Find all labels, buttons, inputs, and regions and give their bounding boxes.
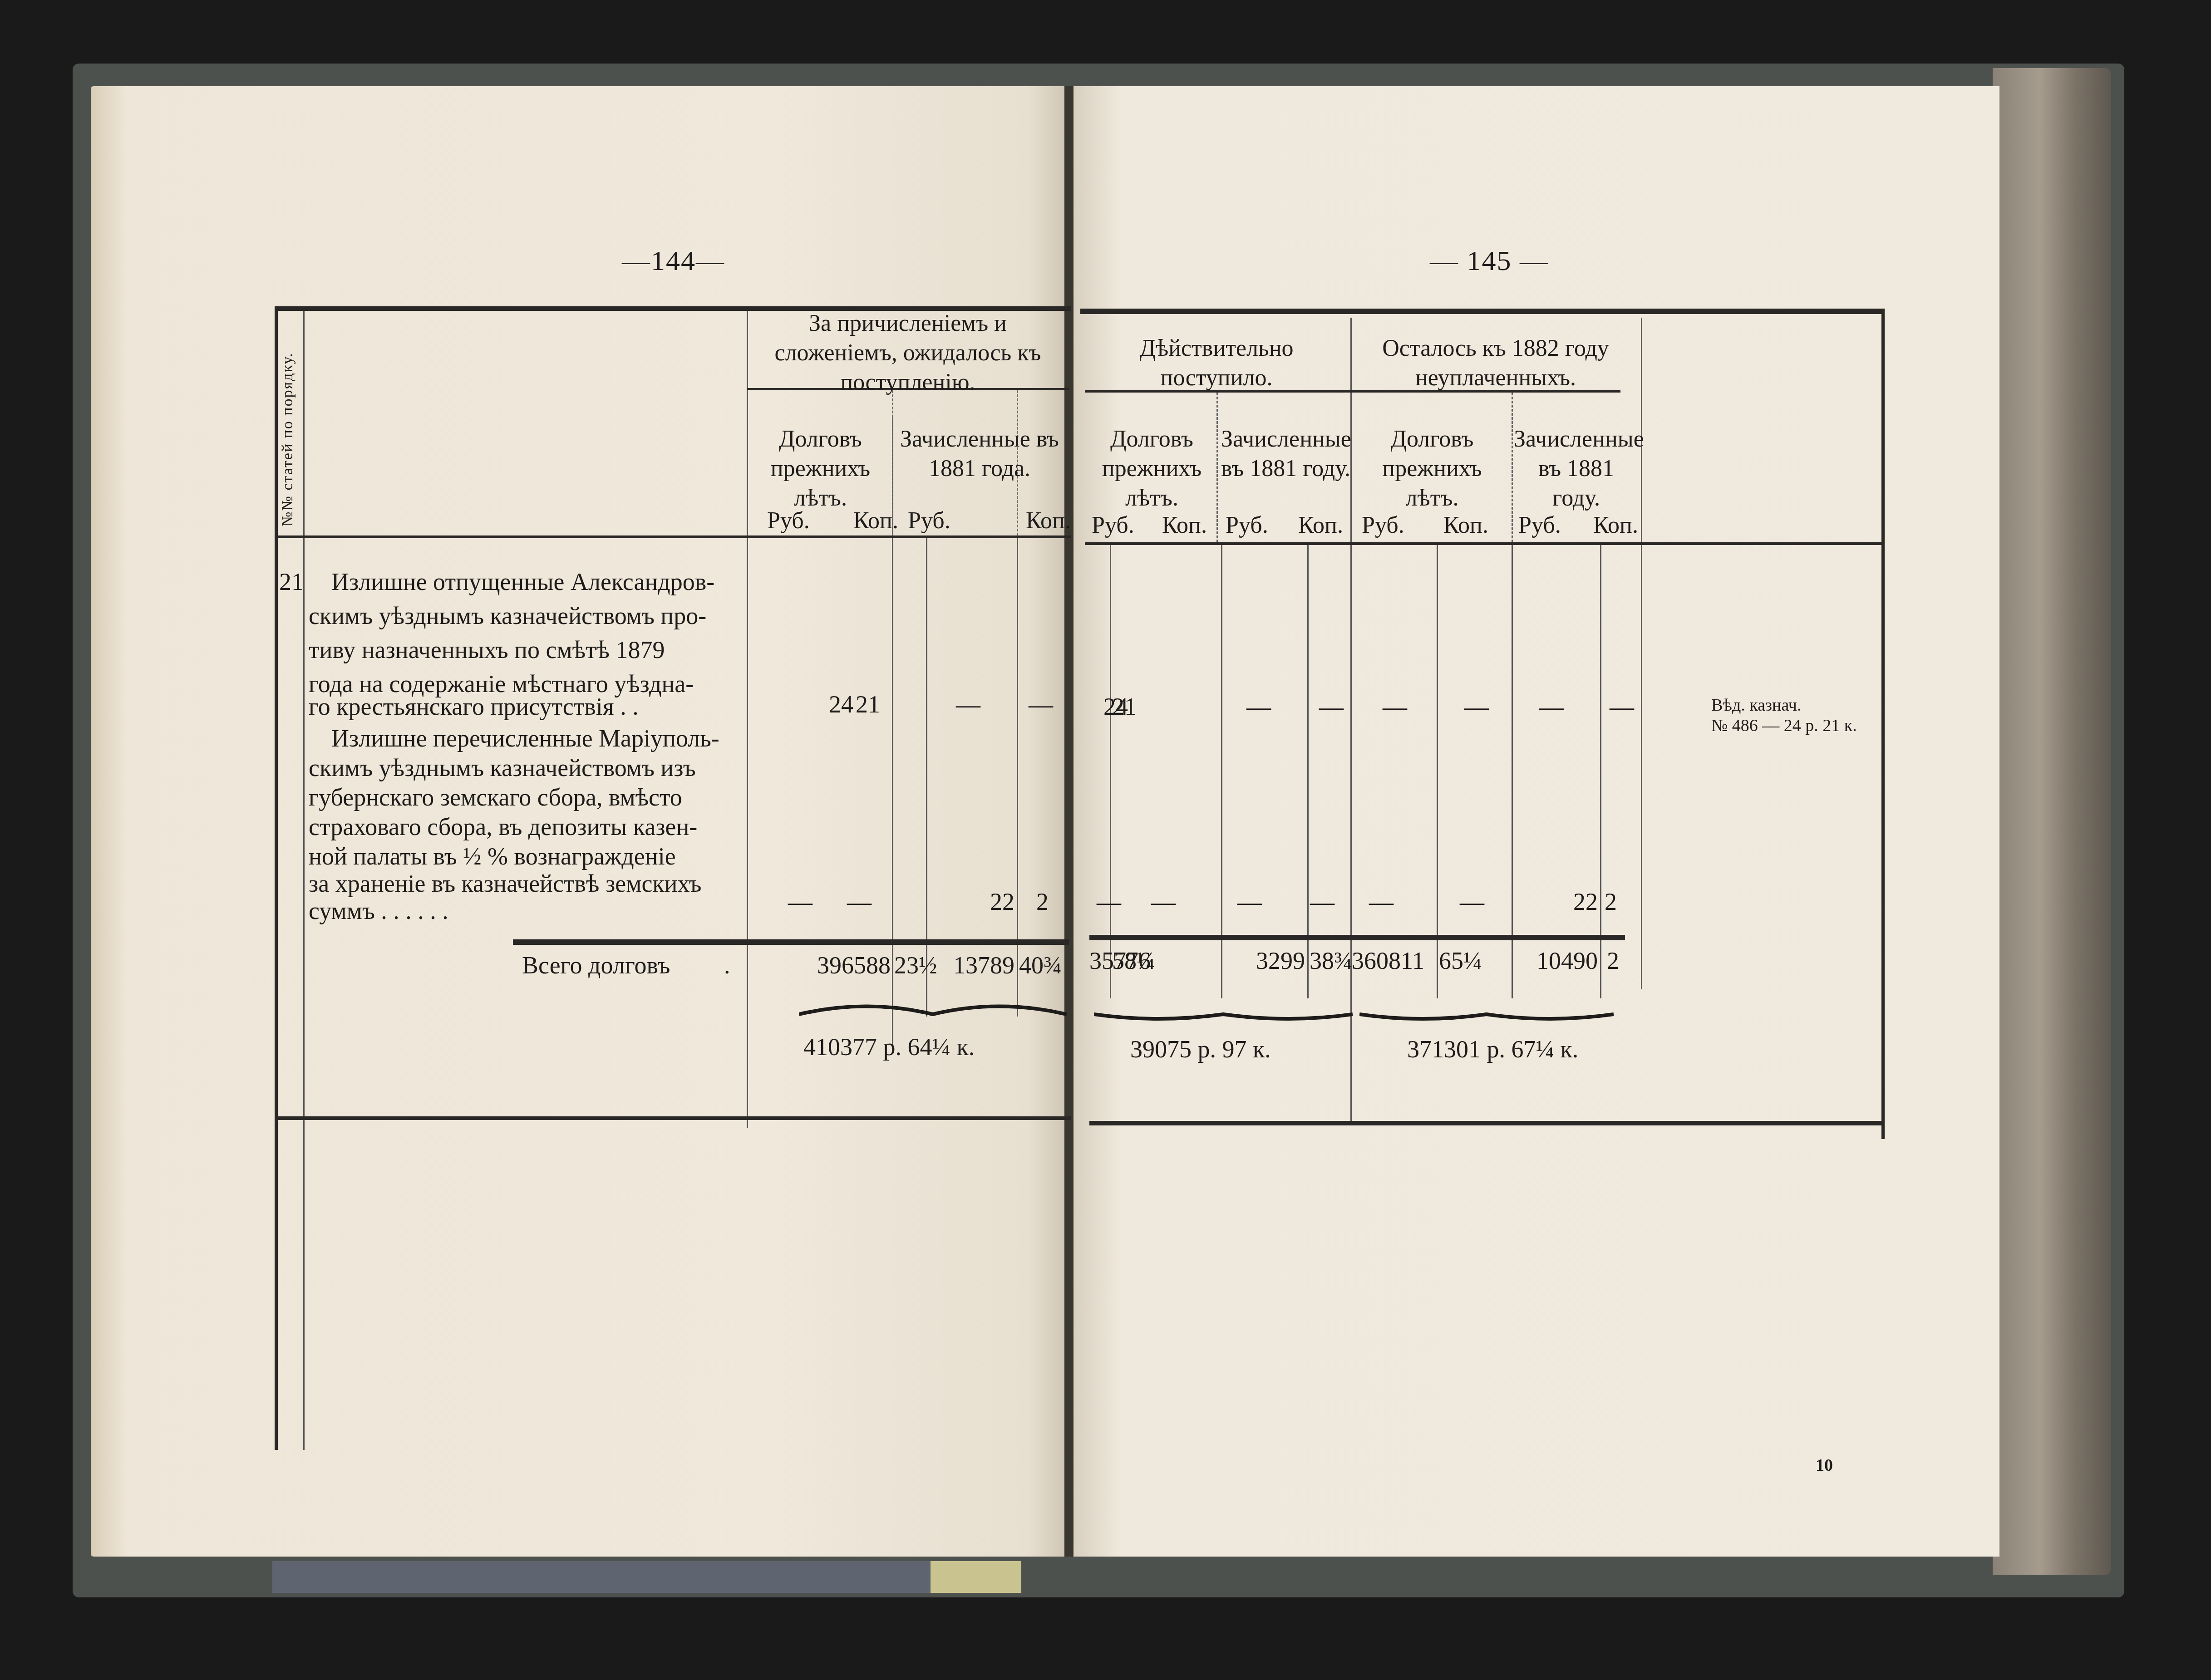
text-line: Излишне перечисленные Маріуполь-	[331, 726, 719, 751]
total-cur-rub: 13789	[931, 953, 1014, 978]
header-1881: Зачисленные въ 1881 года.	[893, 424, 1066, 483]
text-line: скимъ уѣзднымъ казначействомъ про-	[309, 604, 706, 628]
col-divider	[1221, 545, 1222, 998]
left-table-left-rule	[275, 306, 278, 1450]
remaining-combined: 371301 р. 67¼ к.	[1407, 1037, 1578, 1061]
col-number-header: №№ статей по порядку.	[279, 352, 296, 526]
header-kop: Коп.	[1443, 511, 1488, 540]
cell-cur-rub: —	[953, 692, 980, 717]
cell-recv-cur-rub: —	[1235, 889, 1262, 914]
header-kop: Коп.	[1593, 511, 1638, 540]
header-rub: Руб.	[908, 506, 950, 535]
total-cur-kop: 40¾	[1019, 953, 1069, 978]
text-line: тиву назначенныхъ по смѣтѣ 1879	[309, 638, 665, 662]
received-brace-icon	[1094, 1005, 1353, 1023]
header-rub: Руб.	[1362, 511, 1404, 540]
text-line: Излишне отпущенные Александров-	[331, 570, 714, 594]
cell-prev-kop: 21	[856, 692, 883, 717]
cell-rem-prev-kop: —	[1457, 889, 1484, 914]
cell-cur-kop: 2	[1026, 889, 1049, 914]
header-1881: Зачисленные въ 1881 году.	[1221, 424, 1350, 483]
right-table-top-rule	[1080, 309, 1884, 314]
header-rub: Руб.	[767, 506, 810, 535]
total-recv-prev-kop: 58¼	[1112, 948, 1153, 973]
cell-prev-rub: —	[767, 889, 813, 914]
cell-prev-rub: 24	[813, 692, 853, 717]
right-table-right-rule	[1881, 309, 1885, 1139]
left-header-bottom-rule	[275, 535, 1071, 538]
total-rem-prev-rub: 360811	[1352, 948, 1436, 973]
header-expected-group: За причисленіемъ и сложеніемъ, ожидалось…	[749, 309, 1067, 397]
note-treasury: Вѣд. казнач.	[1711, 697, 1801, 714]
left-page-number: —144—	[622, 245, 725, 277]
cell-recv-prev-kop: —	[1148, 889, 1176, 914]
text-line: губернскаго земскаго сбора, вмѣсто	[309, 785, 682, 810]
remaining-brace-icon	[1359, 1005, 1614, 1023]
col-divider	[1641, 318, 1642, 989]
header-prev-years: Долговъ прежнихъ лѣтъ.	[749, 424, 892, 513]
cell-rem-cur-kop: —	[1607, 694, 1634, 719]
cell-rem-prev-kop: —	[1462, 694, 1489, 719]
header-prev-years: Долговъ прежнихъ лѣтъ.	[1355, 424, 1509, 513]
col-divider	[1512, 545, 1513, 998]
text-line: го крестьянскаго присутствія . .	[309, 694, 639, 719]
total-recv-prev-rub: 35776	[1089, 948, 1110, 973]
cell-rem-cur-kop: 2	[1605, 889, 1627, 914]
header-rub: Руб.	[1092, 511, 1134, 540]
header-kop: Коп.	[853, 506, 898, 535]
subcolumn-dash	[1216, 393, 1218, 542]
cell-recv-prev-rub: —	[1094, 889, 1121, 914]
total-brace-icon	[799, 1001, 1067, 1019]
cell-cur-kop: —	[1026, 692, 1053, 717]
header-kop: Коп.	[1026, 506, 1071, 535]
cell-recv-cur-kop: —	[1316, 694, 1344, 719]
subcolumn-dash	[1512, 393, 1513, 542]
header-received-group: Дѣйствительно поступило.	[1085, 334, 1348, 393]
col-divider	[747, 311, 748, 1128]
bookmark-ribbon	[931, 1561, 1021, 1593]
cell-rem-prev-rub: —	[1380, 694, 1407, 719]
cell-cur-rub: 22	[980, 889, 1014, 914]
cell-recv-prev-kop: 21	[1112, 694, 1139, 719]
text-line: скимъ уѣзднымъ казначействомъ изъ	[309, 756, 696, 780]
left-total-rule	[513, 939, 1069, 945]
text-line: страховаго сбора, въ депозиты казен-	[309, 815, 697, 839]
signature-mark: 10	[1816, 1457, 1833, 1474]
right-header-bottom-rule	[1085, 542, 1884, 545]
note-treasury-number: № 486 — 24 р. 21 к.	[1711, 717, 1857, 734]
col-divider	[1110, 545, 1111, 998]
right-page	[1073, 86, 1999, 1557]
header-prev-years: Долговъ прежнихъ лѣтъ.	[1087, 424, 1216, 513]
cell-recv-cur-rub: —	[1244, 694, 1271, 719]
total-prev-kop: 23½	[894, 953, 931, 978]
total-recv-cur-kop: 38¾	[1310, 948, 1350, 973]
cell-prev-kop: —	[844, 889, 872, 914]
cover-bottom-edge	[272, 1561, 953, 1593]
cell-rem-cur-rub: 22	[1561, 889, 1598, 914]
cell-recv-cur-kop: —	[1307, 889, 1334, 914]
right-total-rule	[1089, 935, 1625, 940]
header-remaining-group: Осталось къ 1882 году неуплаченныхъ.	[1355, 334, 1636, 393]
total-prev-rub: 396588	[749, 953, 891, 978]
total-dot: .	[724, 953, 730, 978]
row-number: 21	[279, 570, 304, 594]
received-combined: 39075 р. 97 к.	[1130, 1037, 1271, 1061]
header-rub: Руб.	[1518, 511, 1561, 540]
total-combined: 410377 р. 64¼ к.	[803, 1035, 975, 1059]
right-table-bottom-rule	[1089, 1121, 1884, 1125]
col-divider	[1600, 545, 1601, 998]
col-divider	[1437, 545, 1438, 998]
total-rem-prev-kop: 65¼	[1439, 948, 1480, 973]
header-kop: Коп.	[1298, 511, 1343, 540]
right-page-number: — 145 —	[1430, 245, 1549, 277]
total-rem-cur-kop: 2	[1607, 948, 1630, 973]
text-line: за храненіе въ казначействѣ земскихъ	[309, 871, 701, 896]
left-table-bottom-rule	[275, 1116, 1071, 1120]
header-rub: Руб.	[1226, 511, 1268, 540]
col-divider	[303, 311, 305, 1450]
page-block-edge	[1993, 68, 2111, 1575]
total-rem-cur-rub: 10490	[1512, 948, 1598, 973]
cell-rem-cur-rub: —	[1536, 694, 1564, 719]
header-1881: Зачисленные въ 1881 году.	[1514, 424, 1639, 513]
text-line: ной палаты въ ½ % вознагражденіе	[309, 844, 676, 869]
text-line: года на содержаніе мѣстнаго уѣздна-	[309, 672, 694, 696]
col-divider	[1307, 545, 1309, 998]
total-label: Всего долговъ	[522, 953, 670, 978]
text-line: суммъ . . . . . .	[309, 899, 448, 923]
total-recv-cur-rub: 3299	[1221, 948, 1305, 973]
header-kop: Коп.	[1162, 511, 1207, 540]
cell-rem-prev-rub: —	[1366, 889, 1394, 914]
